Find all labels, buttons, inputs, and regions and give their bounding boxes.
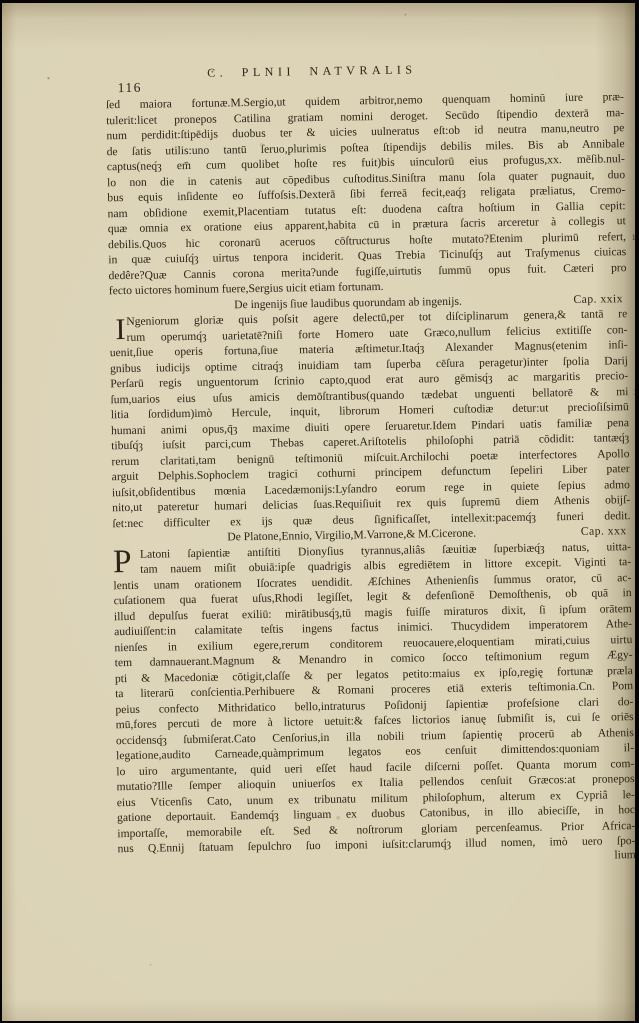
margin-line-number: 20 — [634, 386, 635, 396]
margin-line-number: 10 — [631, 231, 635, 241]
text-block: ſed maiora fortunæ.M.Sergio,ut quidem ar… — [106, 89, 624, 97]
chapter-number: Cap. xxx — [581, 523, 627, 539]
chapter-number: Cap. xxix — [573, 291, 623, 307]
page-sheet: C. PLNII NATVRALIS 116 ſed maiora fortun… — [2, 3, 635, 1021]
running-header: C. PLNII NATVRALIS — [2, 59, 628, 84]
scanned-book-photo: { "page": { "page_number": "116", "runni… — [0, 0, 639, 1023]
page-number: 116 — [118, 80, 142, 96]
page-content: C. PLNII NATVRALIS 116 ſed maiora fortun… — [2, 3, 635, 1021]
